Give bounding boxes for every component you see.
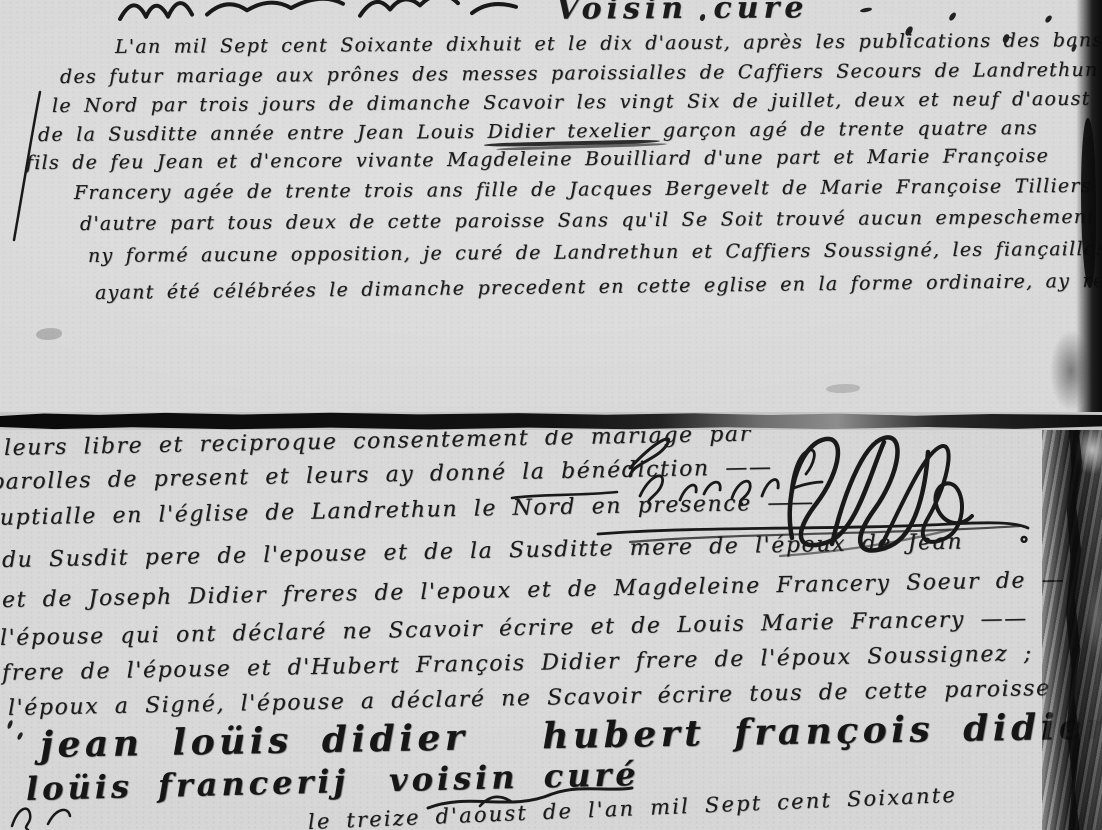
lower-page: leurs libre et reciproque consentement d… <box>0 430 1102 830</box>
line-text: d'autre part tous deux de cette paroisse… <box>80 206 1096 235</box>
line-text: ny formé aucune opposition, je curé de L… <box>88 238 1102 267</box>
line-text: le Nord par trois jours de dimanche Scav… <box>52 88 1102 117</box>
ink-smudge <box>36 328 62 340</box>
ink-speck <box>17 732 24 741</box>
act-line: Francery agée de trente trois ans fille … <box>74 175 1102 204</box>
act-line: ayant été célébrées le dimanche preceden… <box>95 269 1102 304</box>
line-text: L'an mil Sept cent Soixante dixhuit et l… <box>115 29 1102 58</box>
margin-ink-stroke <box>6 88 46 248</box>
act-line: d'autre part tous deux de cette paroisse… <box>80 206 1096 235</box>
ink-speck <box>1044 14 1052 23</box>
line-text: et de Joseph Didier freres de l'epoux et… <box>2 568 1066 613</box>
act-line: L'an mil Sept cent Soixante dixhuit et l… <box>115 29 1102 58</box>
line-text: des futur mariage aux prônes des messes … <box>60 59 1102 88</box>
act-line: fils de feu Jean et d'encore vivante Mag… <box>26 145 1049 174</box>
cut-off-handwriting-strokes <box>0 796 80 830</box>
line-text: fils de feu Jean et d'encore vivante Mag… <box>26 145 1049 174</box>
priest-signature-flourish <box>480 430 1040 560</box>
ink-speck <box>860 7 872 13</box>
line-text: garçon agé de trente quatre ans <box>651 117 1039 142</box>
act-line: et de Joseph Didier freres de l'epoux et… <box>2 568 1066 613</box>
ink-smudge <box>826 384 860 393</box>
line-text: ayant été célébrées le dimanche preceden… <box>95 269 1102 304</box>
ink-speck <box>7 720 14 730</box>
document-scan: Voisin curé L'an mil Sept cent Soixante … <box>0 0 1102 830</box>
underlined-phrase: Didier texelier <box>488 120 651 143</box>
ink-speck <box>948 11 957 21</box>
act-line: ny formé aucune opposition, je curé de L… <box>88 238 1102 267</box>
page-edge-smudge <box>1050 330 1092 412</box>
previous-act-signature: Voisin curé <box>556 0 809 27</box>
line-text: de la Susditte année entre Jean Louis <box>38 121 488 146</box>
act-line: de la Susditte année entre Jean Louis Di… <box>38 117 1038 146</box>
scan-seam-band <box>0 412 1102 430</box>
act-line: des futur mariage aux prônes des messes … <box>60 59 1102 88</box>
line-text: Francery agée de trente trois ans fille … <box>74 175 1102 204</box>
signature-witness-brother: hubert françois didier <box>542 705 1102 757</box>
act-line: le Nord par trois jours de dimanche Scav… <box>52 88 1102 117</box>
signature-groom: jean loüis didier <box>40 717 469 766</box>
upper-page: Voisin curé L'an mil Sept cent Soixante … <box>0 0 1102 412</box>
cut-off-handwriting-strokes <box>112 0 542 29</box>
